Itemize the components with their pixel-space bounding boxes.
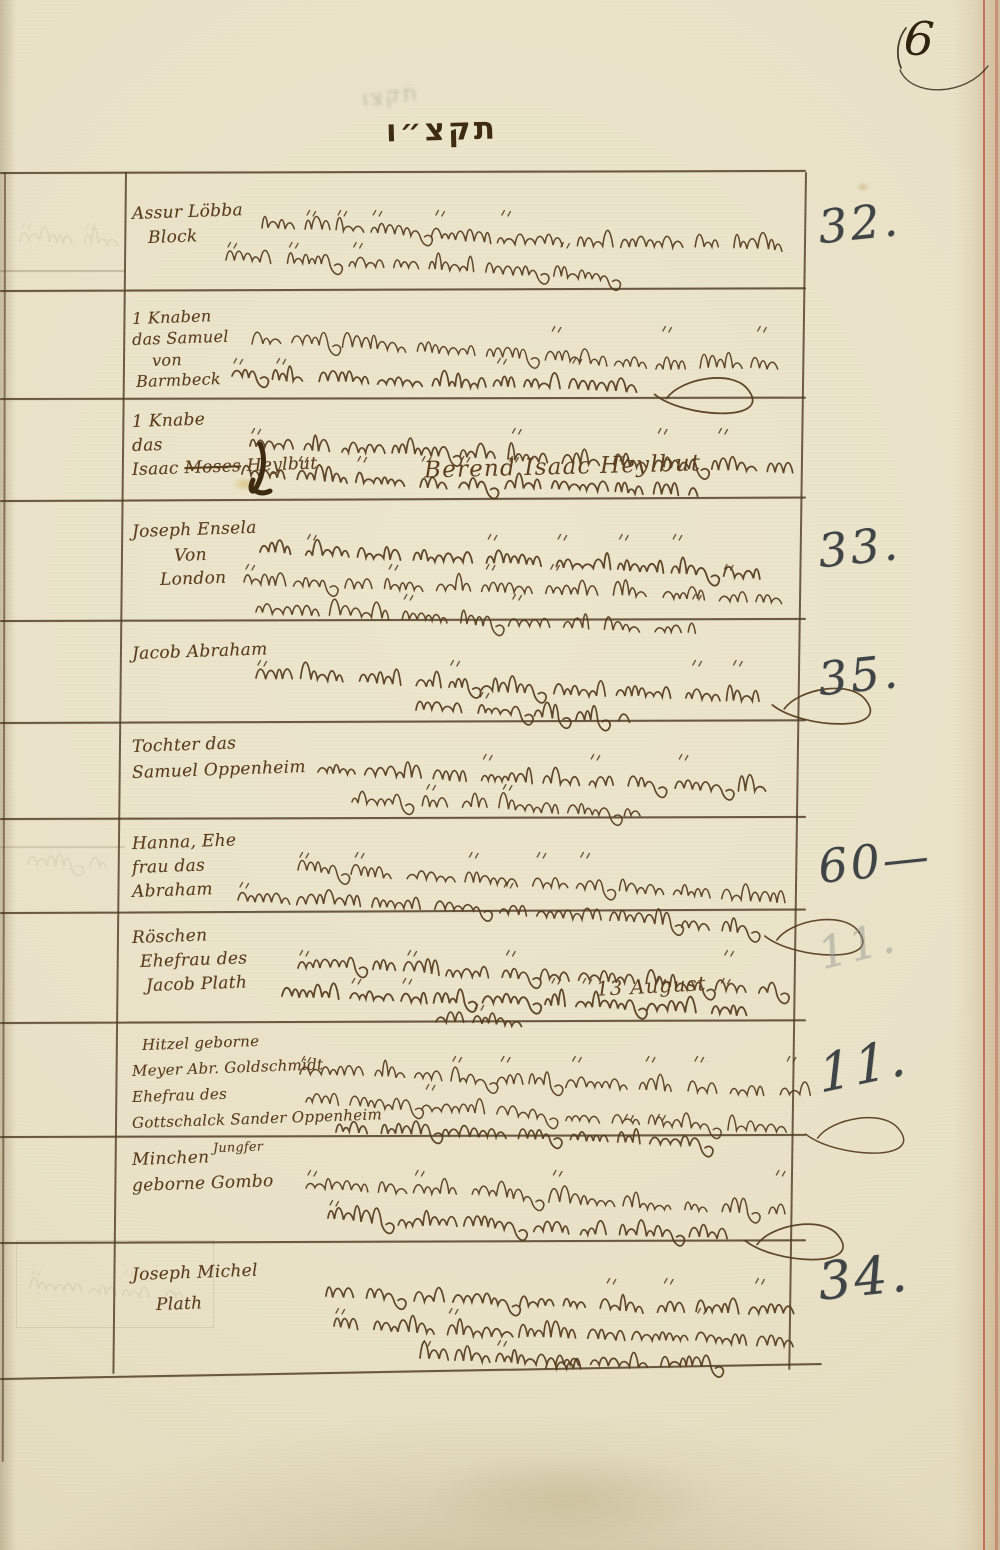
name-text: das — [132, 435, 163, 456]
name-text: Joseph Ensela — [132, 518, 257, 542]
register-row: Hitzel geborneMeyer Abr. GoldschmidtEhef… — [0, 1022, 1000, 1136]
manuscript-page: תקצו תקצ״ו 6 Assur LöbbaBlock 32. 1 Knab… — [0, 0, 1000, 1550]
bleed-through-script — [28, 828, 236, 892]
name-text: Ehefrau des — [140, 948, 248, 972]
register-row: 1 Knabendas SamuelvonBarmbeck — [0, 290, 1000, 398]
entry-margin-number: 34. — [815, 1243, 912, 1312]
name-text: Isaac — [132, 458, 185, 480]
name-line: Röschen — [132, 922, 248, 950]
name-line: Jacob Abraham — [132, 637, 268, 666]
register-row: Jacob Abraham 35. — [0, 620, 1000, 722]
entry-margin-number: 60— — [815, 828, 934, 894]
name-text: Ehefrau des — [132, 1085, 228, 1106]
name-text: Minchen — [132, 1147, 210, 1170]
name-line: das Samuel — [132, 326, 229, 350]
bleed-through-script — [20, 205, 242, 269]
register-row: 1 KnabedasIsaac Moses Heylbut Berend Isa… — [0, 398, 1000, 500]
handwritten-script-line — [546, 1332, 718, 1396]
name-text: Jacob Abraham — [132, 639, 268, 664]
name-line: Samuel Oppenheim — [132, 754, 307, 786]
name-line: Jacob Plath — [146, 970, 248, 998]
name-text: Röschen — [132, 925, 208, 948]
name-line: geborne Gombo — [132, 1169, 274, 1198]
register-row: RöschenEhefrau desJacob Plath 11.13 Augu… — [0, 912, 1000, 1022]
entry-margin-number: 33. — [815, 516, 902, 578]
entry-margin-number: 35. — [815, 644, 902, 706]
heading-ink-smudge: תקצו — [361, 81, 421, 113]
entry-margin-number: 32. — [815, 192, 902, 254]
entry-name: RöschenEhefrau desJacob Plath — [132, 926, 247, 998]
register-row: Joseph EnselaVonLondon 33. — [0, 500, 1000, 620]
ink-blot-stroke — [244, 442, 284, 502]
bleed-through-script — [30, 1252, 310, 1316]
name-text: Von — [174, 545, 207, 566]
name-text: geborne Gombo — [132, 1171, 274, 1196]
entry-name: Tochter dasSamuel Oppenheim — [132, 734, 306, 786]
handwritten-script-line — [328, 1182, 878, 1246]
name-text: Jacob Plath — [146, 972, 248, 996]
name-line: London — [160, 565, 257, 592]
name-text: Meyer Abr. Goldschmidt — [132, 1055, 324, 1080]
name-text: Hitzel geborne — [142, 1032, 260, 1054]
entry-name: Jacob Abraham — [132, 642, 268, 666]
name-line: Joseph Ensela — [132, 516, 257, 544]
handwritten-script-line — [232, 340, 762, 404]
hebrew-year-heading: תקצ״ו — [386, 111, 499, 150]
name-text: von — [152, 350, 183, 370]
name-text: 1 Knabe — [132, 409, 206, 432]
register-row: Tochter dasSamuel Oppenheim — [0, 722, 1000, 818]
struck-name-text: Moses — [184, 456, 241, 478]
name-text: London — [160, 568, 227, 590]
entry-name: MinchenJungfergeborne Gombo — [132, 1148, 274, 1198]
entry-name: 1 Knabendas SamuelvonBarmbeck — [132, 308, 229, 392]
name-text: Jungfer — [213, 1139, 264, 1156]
name-line: Ehefrau des — [140, 946, 248, 974]
name-text: 1 Knaben — [132, 306, 212, 328]
name-line: Barmbeck — [136, 368, 229, 392]
name-text: Samuel Oppenheim — [132, 757, 306, 783]
name-text: das Samuel — [132, 327, 229, 349]
name-text: Tochter das — [132, 733, 237, 757]
folio-flourish-stroke — [848, 26, 998, 116]
name-text: Barmbeck — [136, 369, 222, 391]
handwritten-script-line — [226, 224, 736, 288]
entry-name: Joseph EnselaVonLondon — [132, 520, 257, 592]
register-row: MinchenJungfergeborne Gombo — [0, 1136, 1000, 1242]
